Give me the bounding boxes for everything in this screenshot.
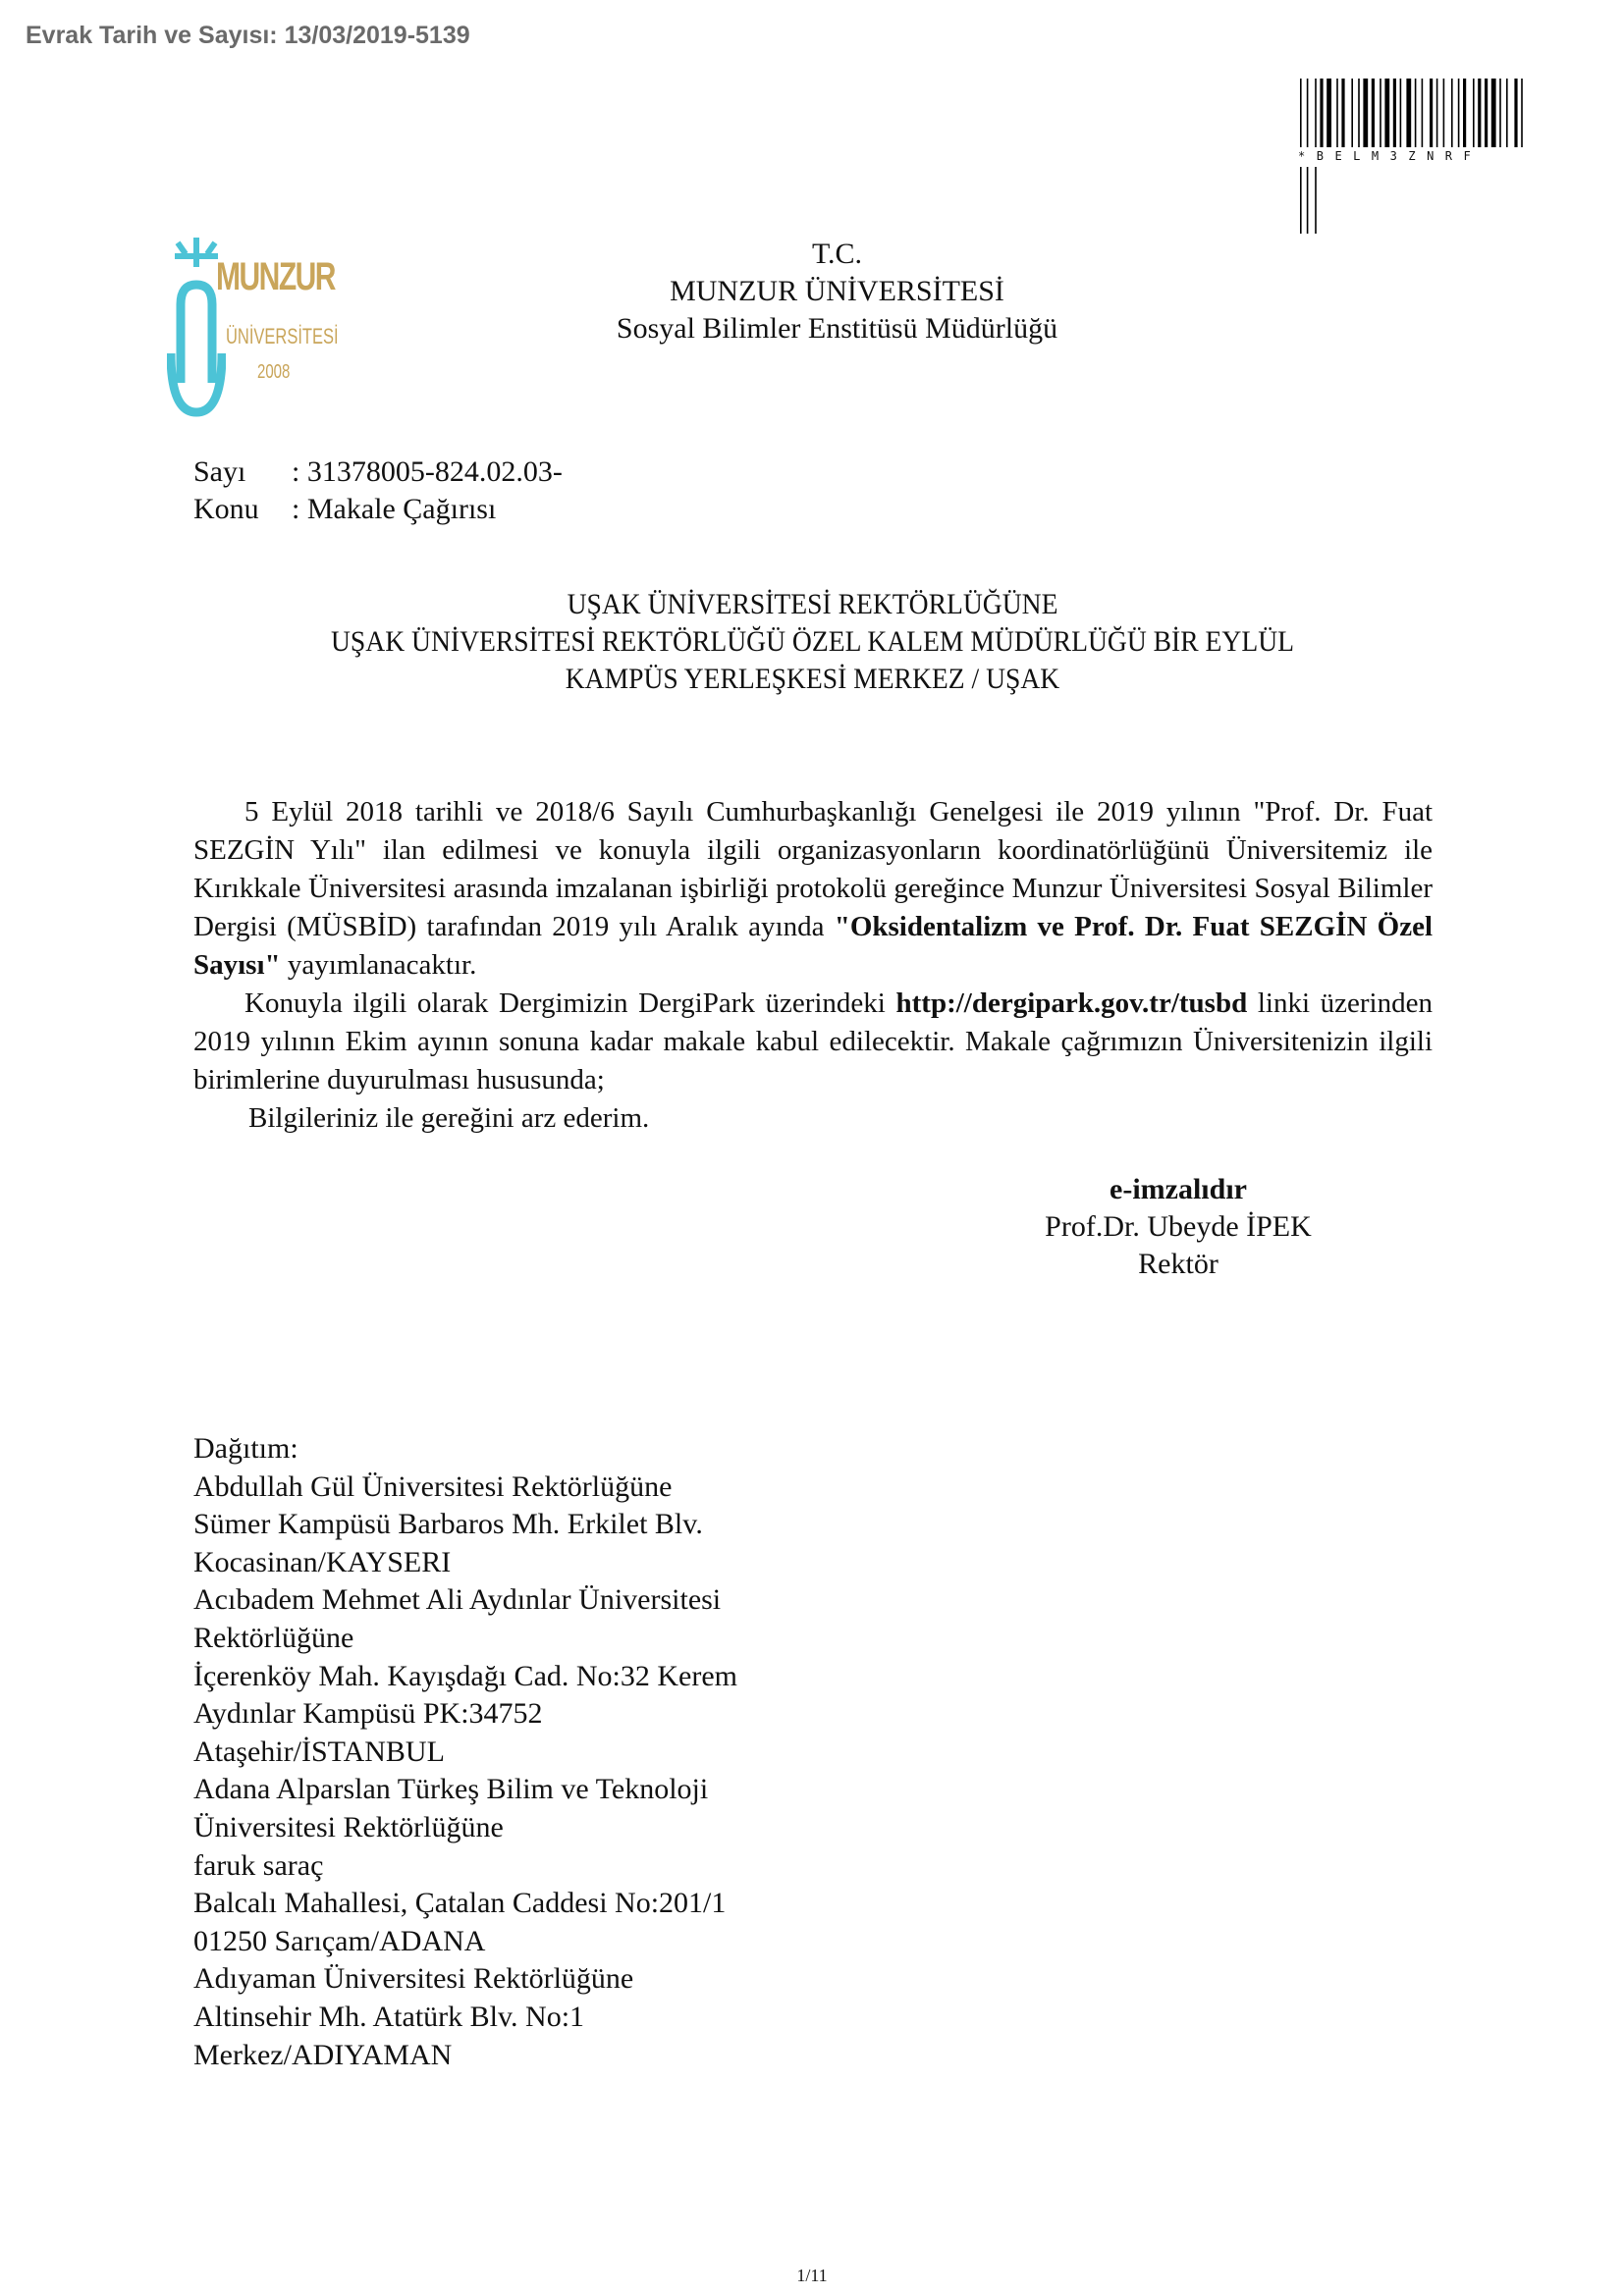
barcode-text: *BELM3ZNRF [1298, 149, 1482, 163]
body-paragraph-2: Konuyla ilgili olarak Dergimizin DergiPa… [193, 985, 1433, 1099]
barcode: *BELM3ZNRF [1298, 71, 1534, 238]
document-meta: Sayı : 31378005-824.02.03- Konu : Makale… [193, 454, 563, 528]
signatory-name: Prof.Dr. Ubeyde İPEK [982, 1208, 1375, 1246]
distribution-line: Kocasinan/KAYSERI [193, 1544, 737, 1582]
recipient-line: KAMPÜS YERLEŞKESİ MERKEZ / UŞAK [242, 661, 1384, 698]
distribution-line: 01250 Sarıçam/ADANA [193, 1923, 737, 1961]
dergipark-link[interactable]: http://dergipark.gov.tr/tusbd [896, 988, 1248, 1019]
distribution-label: Dağıtım: [193, 1430, 737, 1468]
distribution-line: Acıbadem Mehmet Ali Aydınlar Üniversites… [193, 1581, 737, 1620]
page-number: 1/11 [0, 2266, 1624, 2286]
sayi-value: : 31378005-824.02.03- [292, 454, 563, 491]
letter-body: 5 Eylül 2018 tarihli ve 2018/6 Sayılı Cu… [193, 793, 1433, 1138]
distribution-line: Adana Alparslan Türkeş Bilim ve Teknoloj… [193, 1771, 737, 1809]
konu-value: : Makale Çağırısı [292, 491, 496, 528]
body-text: Konuyla ilgili olarak Dergimizin DergiPa… [244, 988, 896, 1019]
body-paragraph-3: Bilgileriniz ile gereğini arz ederim. [193, 1099, 1433, 1138]
logo-subtitle: ÜNİVERSİTESİ [226, 324, 339, 349]
distribution-line: Adıyaman Üniversitesi Rektörlüğüne [193, 1960, 737, 1999]
logo-wordmark: MUNZUR [216, 255, 335, 299]
distribution-line: Üniversitesi Rektörlüğüne [193, 1809, 737, 1847]
distribution-line: Altinsehir Mh. Atatürk Blv. No:1 [193, 1999, 737, 2037]
distribution-line: Balcalı Mahallesi, Çatalan Caddesi No:20… [193, 1885, 737, 1923]
logo-year: 2008 [257, 361, 290, 384]
distribution-line: Rektörlüğüne [193, 1620, 737, 1658]
sayi-label: Sayı [193, 454, 292, 491]
e-signed-label: e-imzalıdır [982, 1171, 1375, 1208]
body-text: yayımlanacaktır. [281, 949, 477, 981]
recipient-line: UŞAK ÜNİVERSİTESİ REKTÖRLÜĞÜ ÖZEL KALEM … [242, 623, 1384, 661]
distribution-line: Abdullah Gül Üniversitesi Rektörlüğüne [193, 1468, 737, 1507]
distribution-line: faruk saraç [193, 1847, 737, 1886]
distribution-line: Aydınlar Kampüsü PK:34752 [193, 1695, 737, 1734]
university-logo: MUNZUR ÜNİVERSİTESİ 2008 [167, 236, 353, 422]
institution-header: T.C. MUNZUR ÜNİVERSİTESİ Sosyal Bilimler… [550, 236, 1124, 347]
body-paragraph-1: 5 Eylül 2018 tarihli ve 2018/6 Sayılı Cu… [193, 793, 1433, 985]
konu-label: Konu [193, 491, 292, 528]
recipient-address: UŞAK ÜNİVERSİTESİ REKTÖRLÜĞÜNE UŞAK ÜNİV… [242, 586, 1384, 698]
distribution-line: Ataşehir/İSTANBUL [193, 1734, 737, 1772]
signatory-title: Rektör [982, 1246, 1375, 1283]
distribution-line: İçerenköy Mah. Kayışdağı Cad. No:32 Kere… [193, 1658, 737, 1696]
document-date-number-stamp: Evrak Tarih ve Sayısı: 13/03/2019-5139 [26, 22, 470, 50]
recipient-line: UŞAK ÜNİVERSİTESİ REKTÖRLÜĞÜNE [242, 586, 1384, 623]
header-tc: T.C. [550, 236, 1124, 273]
distribution-line: Sümer Kampüsü Barbaros Mh. Erkilet Blv. [193, 1506, 737, 1544]
header-university: MUNZUR ÜNİVERSİTESİ [550, 273, 1124, 310]
signature-block: e-imzalıdır Prof.Dr. Ubeyde İPEK Rektör [982, 1171, 1375, 1283]
header-department: Sosyal Bilimler Enstitüsü Müdürlüğü [550, 310, 1124, 347]
distribution-list: Dağıtım: Abdullah Gül Üniversitesi Rektö… [193, 1430, 737, 2074]
distribution-line: Merkez/ADIYAMAN [193, 2037, 737, 2075]
